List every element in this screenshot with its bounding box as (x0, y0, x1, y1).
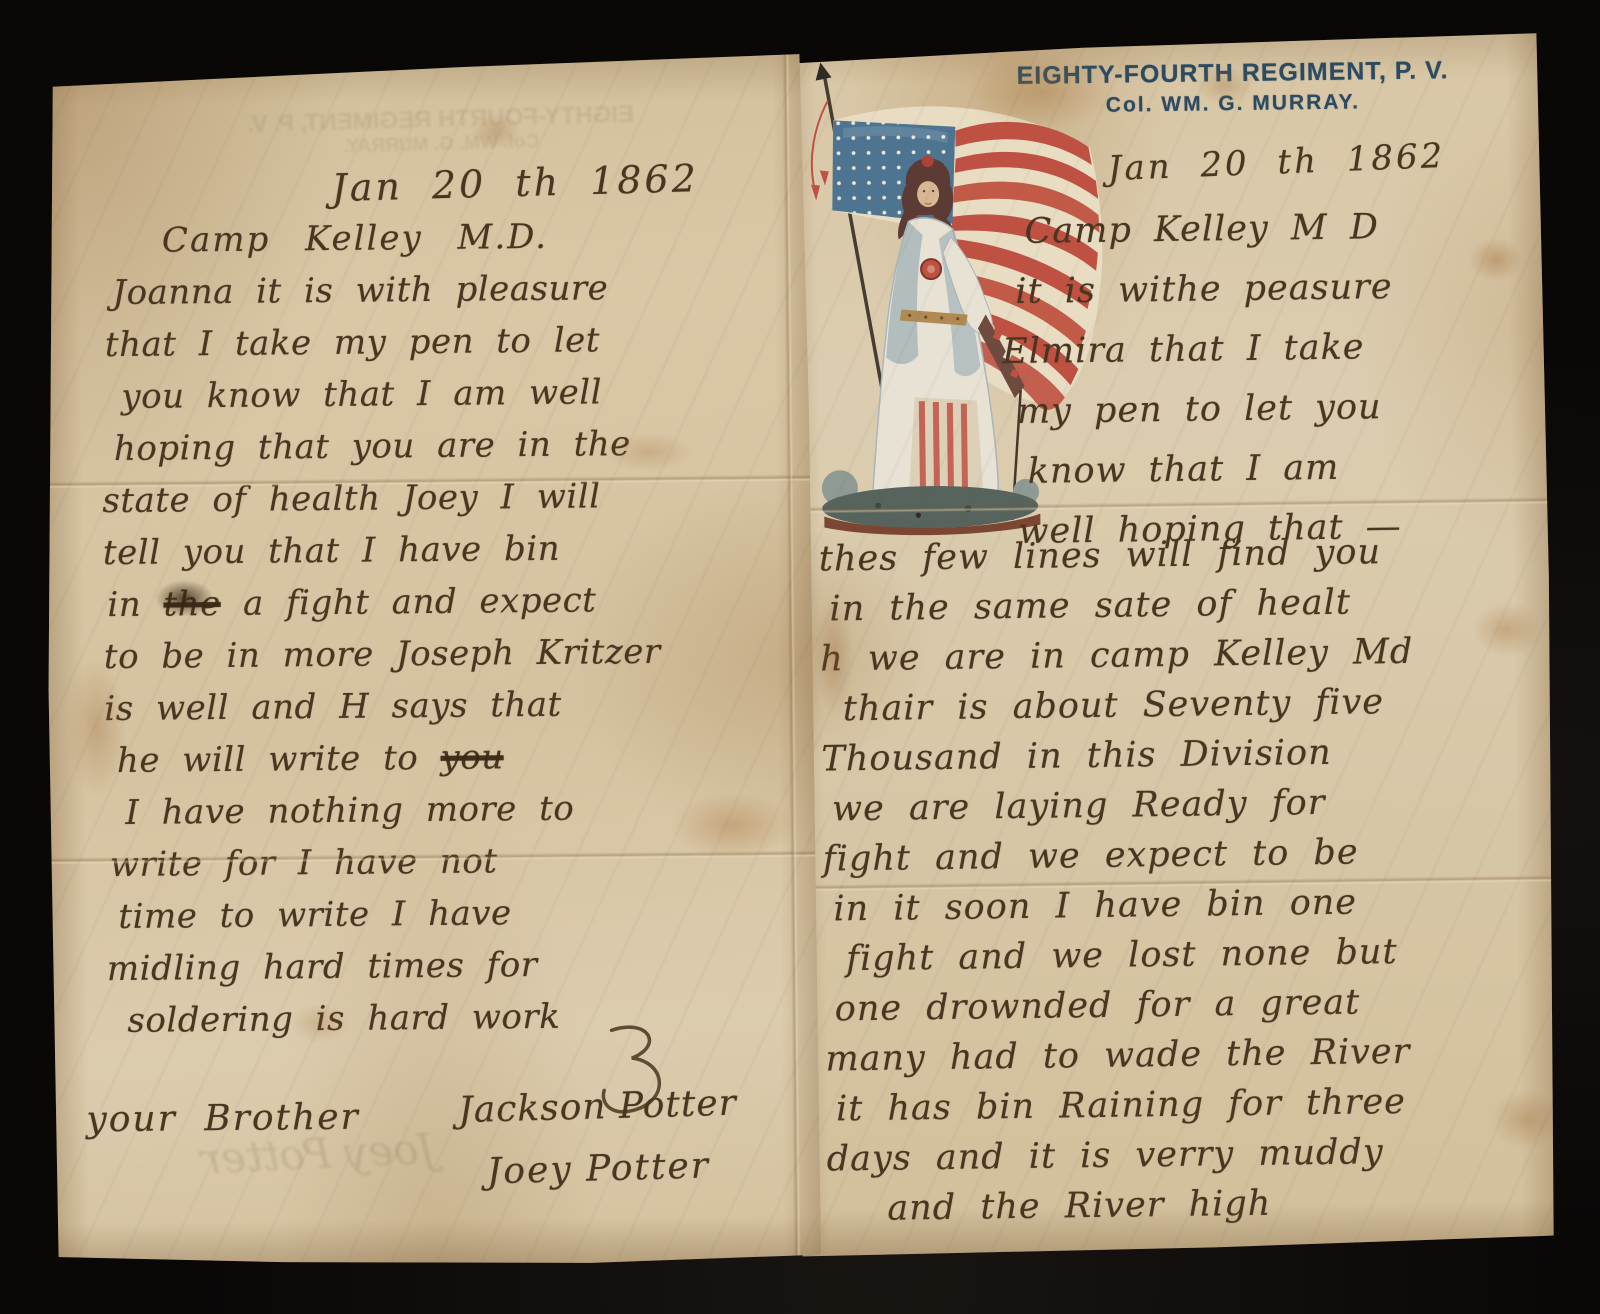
hand-line: my pen to let you (1017, 377, 1401, 442)
hand-line: thair is about Seventy five (843, 677, 1415, 734)
hand-text: thair is about Seventy five (843, 682, 1385, 729)
hand-text: in it soon I have bin one (833, 883, 1357, 930)
hand-text: Thousand in this Division (821, 733, 1332, 780)
letter-page-right: EIGHTY-FOURTH REGIMENT, P. V. Col. WM. G… (776, 27, 1560, 1259)
hand-text: you know that I am well (121, 372, 602, 417)
struck-word: you (440, 737, 503, 778)
hand-text: fight and we expect to be (823, 833, 1359, 880)
paper-stain (667, 790, 798, 861)
paper-stain (471, 113, 521, 149)
hand-text: and the River high (887, 1184, 1271, 1229)
signature-jackson-potter: Jackson Potter (458, 1083, 738, 1132)
hand-line: in the same sate of healt (829, 577, 1413, 635)
hand-text: h we are in camp Kelley Md (820, 632, 1414, 680)
paper-stain (1471, 601, 1542, 658)
hand-line: I have nothing more to (125, 782, 662, 839)
hand-line: state of health Joey I will (102, 470, 659, 527)
hand-line: soldering is hard work (127, 990, 664, 1047)
hand-text: fight and we lost none but (846, 932, 1398, 979)
hand-line: write for I have not (110, 834, 663, 891)
hand-line: in the a fight and expect (107, 574, 660, 631)
fold-crease (782, 51, 801, 1265)
hand-line: and the River high (887, 1177, 1421, 1234)
hand-line: that I take my pen to let (105, 314, 658, 371)
hand-line: it has bin Raining for three (836, 1077, 1420, 1135)
hand-text: know that I am (1027, 448, 1339, 492)
hand-text: Camp Kelley M D (1024, 207, 1379, 252)
closing-salutation: your Brother (86, 1097, 360, 1141)
hand-text: I have nothing more to (125, 789, 574, 833)
hand-line: is well and H says that (104, 678, 661, 735)
hand-text: write for I have not (110, 841, 498, 885)
hand-line: tell you that I have bin (103, 522, 660, 579)
bleedthrough-line: EIGHTY-FOURTH REGIMENT, P. V. (160, 98, 721, 141)
right-page-upper-text: Camp Kelley M Dit is withe peasureElmira… (1024, 197, 1402, 562)
hand-text: state of health Joey I will (102, 476, 600, 521)
hand-text: thes few lines will find you (819, 532, 1382, 579)
hand-text: many had to wade the River (825, 1032, 1410, 1080)
right-page-body-text: thes few lines will find youin the same … (819, 527, 1421, 1235)
hand-line: Camp Kelley M D (1024, 197, 1398, 262)
hand-text: Camp Kelley M.D. (162, 217, 548, 261)
hand-line: in it soon I have bin one (833, 877, 1417, 935)
hand-text: tell you that I have bin (103, 529, 560, 573)
hand-text: a fight and expect (221, 580, 597, 624)
hand-text: that I take my pen to let (105, 320, 600, 365)
hand-text: my pen to let you (1017, 387, 1382, 432)
paper-stain (1469, 237, 1524, 282)
hand-line: Joanna it is with pleasure (112, 262, 657, 319)
hand-line: fight and we expect to be (822, 827, 1416, 885)
hand-line: Elmira that I take (1002, 317, 1400, 382)
hand-line: thes few lines will find you (819, 527, 1413, 585)
hand-line: we are laying Ready for (832, 777, 1416, 835)
hand-line: hoping that you are in the (114, 418, 659, 475)
hand-text: in the same sate of healt (829, 583, 1351, 630)
hand-line: you know that I am well (121, 366, 658, 423)
struck-word: the (163, 584, 221, 625)
bleedthrough-letterhead: EIGHTY-FOURTH REGIMENT, P. V. Col. WM. G… (160, 98, 721, 163)
hand-line: one drownded for a great (834, 977, 1418, 1035)
hand-line: Thousand in this Division (821, 727, 1415, 785)
hand-line: midling hard times for (107, 938, 664, 995)
hand-text: is well and H says that (104, 685, 562, 729)
date-line-right: Jan 20 th 1862 (1107, 136, 1446, 189)
signature-joey-potter: Joey Potter (486, 1145, 710, 1192)
pen-flourish-icon (587, 1018, 688, 1149)
hand-line: Camp Kelley M.D. (162, 210, 657, 267)
hand-text: Elmira that I take (1002, 327, 1365, 372)
letter-scan: EIGHTY-FOURTH REGIMENT, P. V. Col. WM. G… (0, 0, 1600, 1314)
hand-text: one drownded for a great (835, 983, 1361, 1030)
letter-page-left: EIGHTY-FOURTH REGIMENT, P. V. Col. WM. G… (40, 50, 822, 1271)
hand-text: Joanna it is with pleasure (112, 268, 608, 313)
hand-line: fight and we lost none but (846, 927, 1418, 984)
hand-text: midling hard times for (107, 945, 538, 989)
hand-line: time to write I have (118, 886, 663, 943)
date-line-left: Jan 20 th 1862 (331, 156, 699, 210)
hand-line: many had to wade the River (825, 1027, 1419, 1085)
hand-text: hoping that you are in the (114, 424, 631, 469)
hand-text: it is withe peasure (1015, 267, 1393, 312)
hand-line: to be in more Joseph Kritzer (104, 626, 661, 683)
hand-line: days and it is verry muddy (826, 1127, 1420, 1185)
hand-text: time to write I have (118, 893, 512, 937)
hand-line: it is withe peasure (1015, 257, 1399, 322)
hand-line: he will write to you (117, 730, 662, 787)
left-page-body-text: Camp Kelley M.D.Joanna it is with pleasu… (100, 210, 665, 1047)
hand-text: it has bin Raining for three (836, 1082, 1406, 1129)
hand-text: soldering is hard work (127, 997, 560, 1041)
hand-text: he will write to (117, 738, 441, 781)
hand-text: days and it is verry muddy (826, 1132, 1383, 1179)
hand-text: to be in more Joseph Kritzer (104, 632, 661, 677)
hand-line: know that I am (1027, 437, 1401, 502)
paper-stain (1490, 1089, 1563, 1150)
hand-text: we are laying Ready for (832, 783, 1326, 829)
hand-line: h we are in camp Kelley Md (820, 627, 1414, 685)
